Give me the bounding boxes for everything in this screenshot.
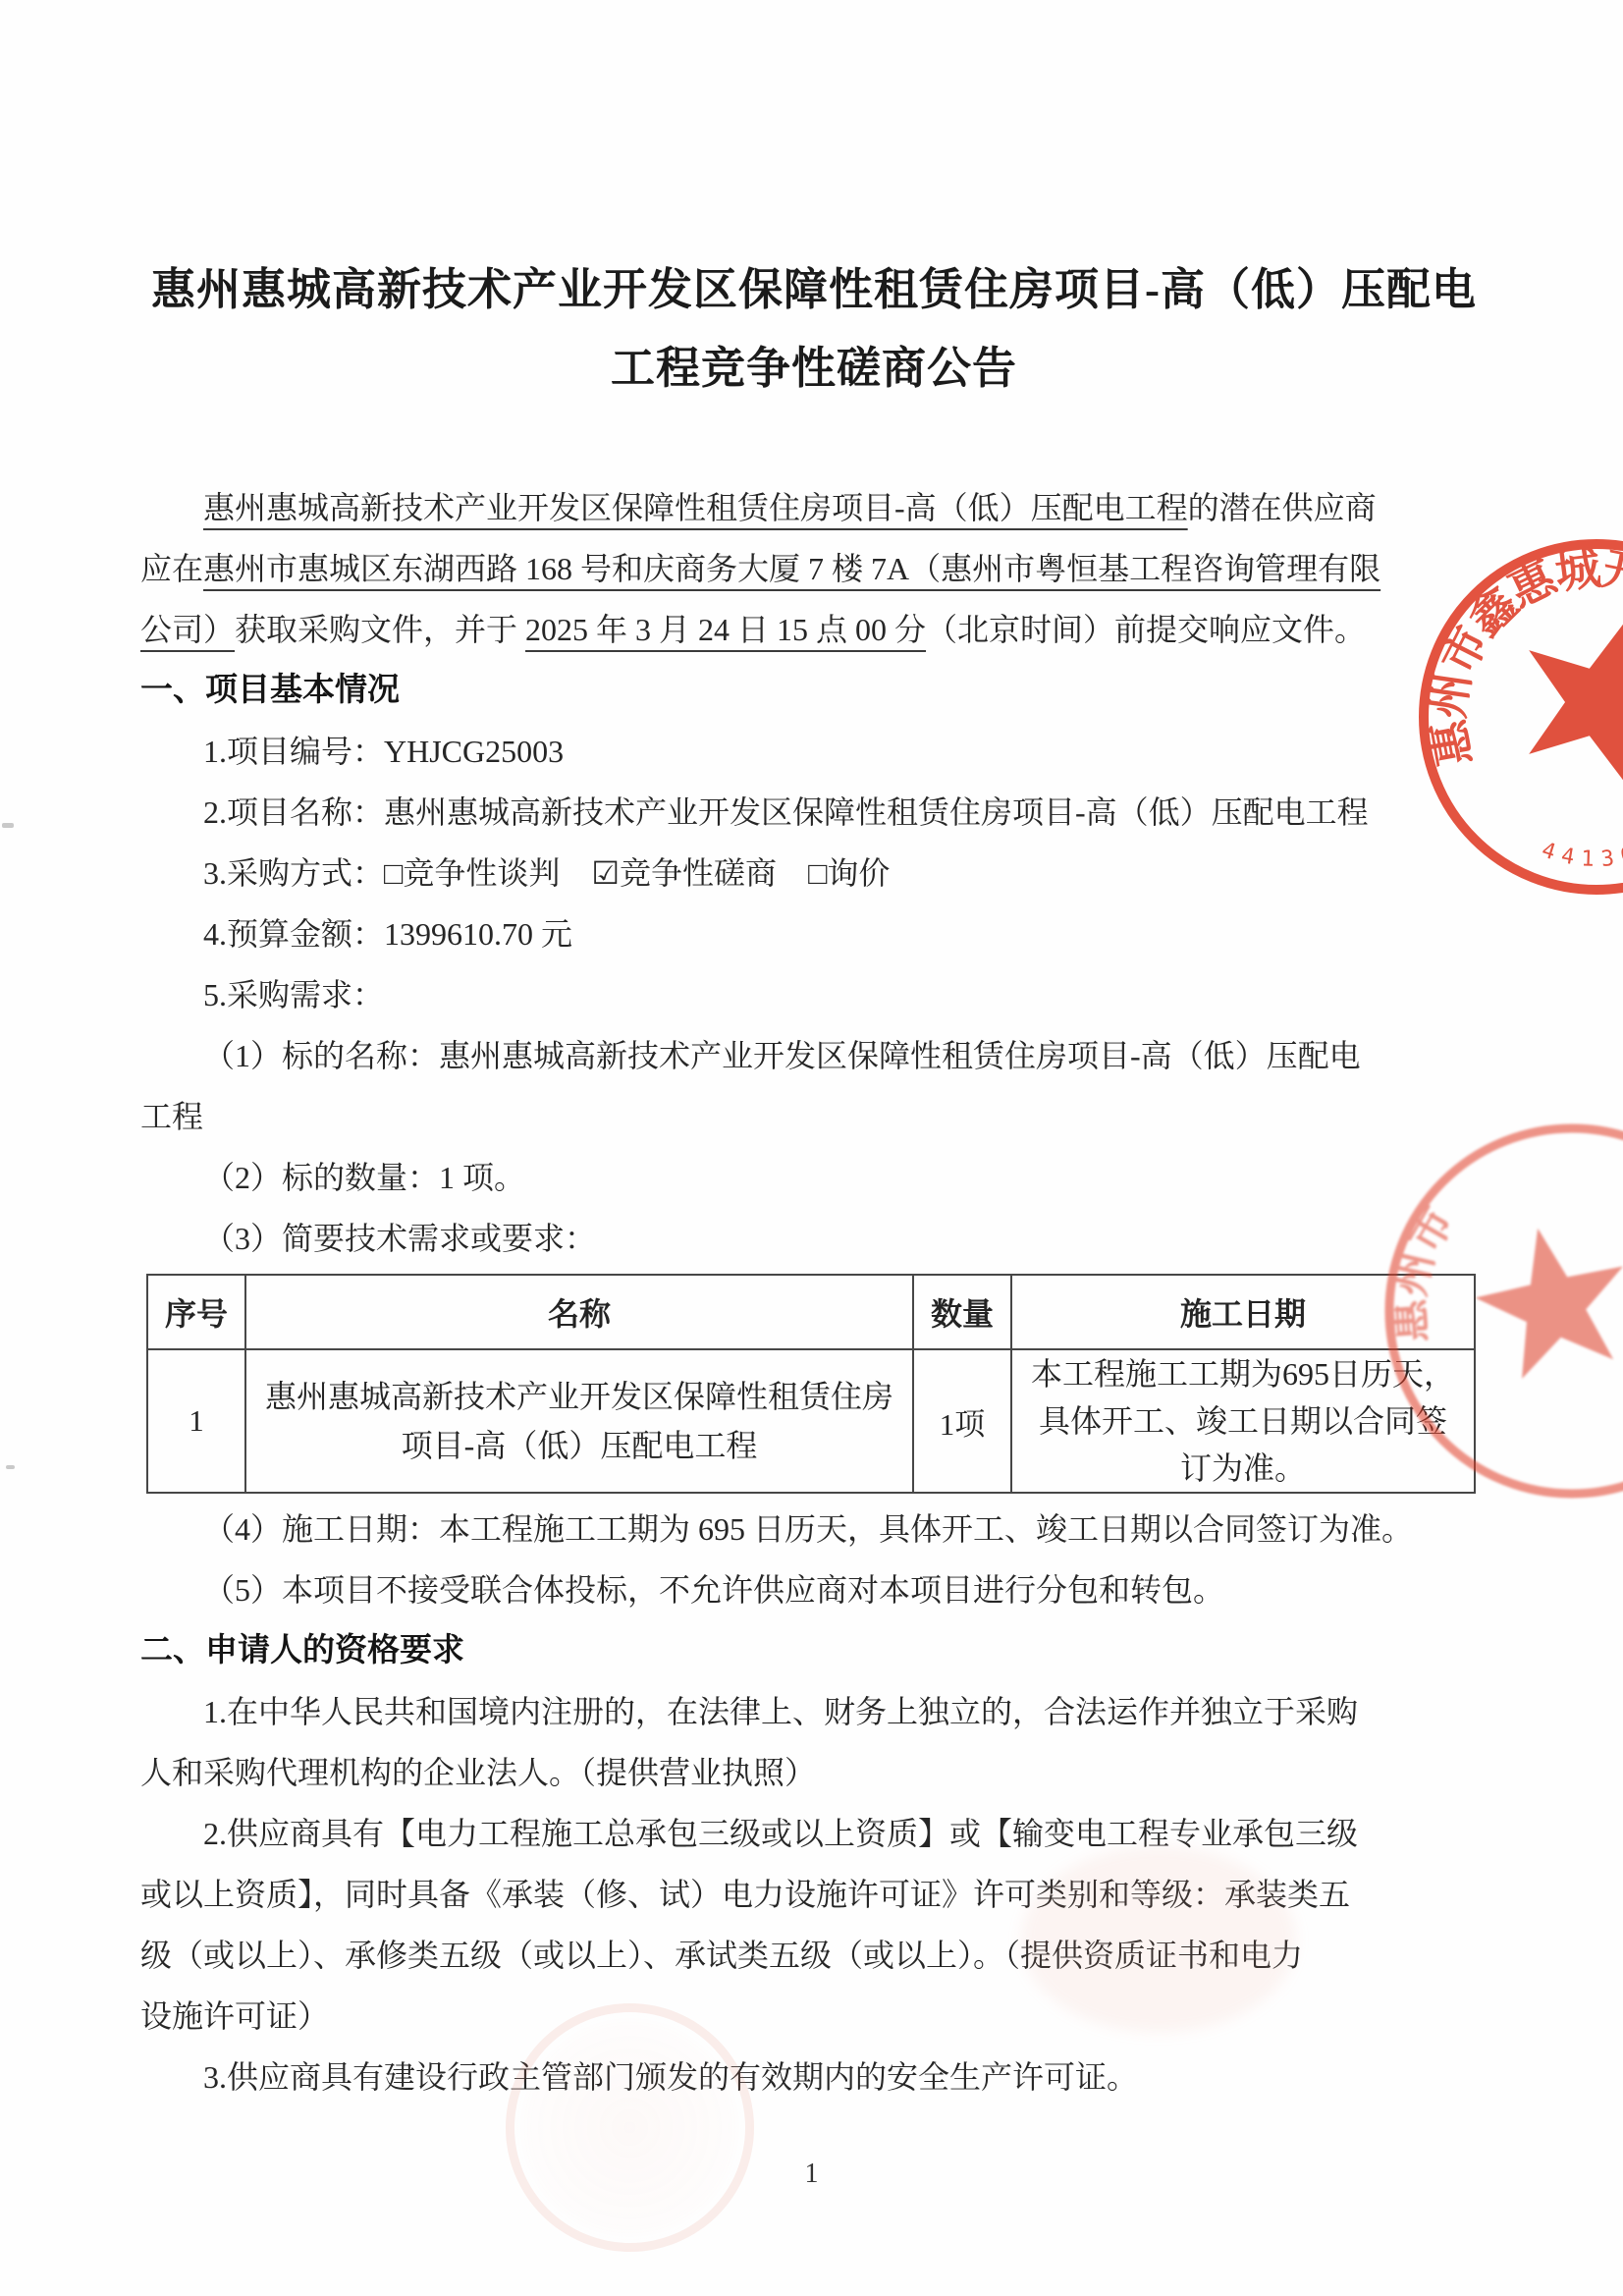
- qualification-2-line-3: 级（或以上）、承修类五级（或以上）、承试类五级（或以上）。（提供资质证书和电力: [140, 1925, 1488, 1986]
- procurement-method-item: 3.采购方式：□竞争性谈判☑竞争性磋商□询价: [140, 843, 1488, 903]
- intro-line-1-rest: 的潜在供应商: [1188, 490, 1377, 525]
- technical-requirements-item: （3）简要技术需求或要求：: [140, 1208, 1488, 1269]
- cell-construction-date: 本工程施工工期为695日历天，具体开工、竣工日期以合同签订为准。: [1011, 1349, 1475, 1493]
- page-number: 1: [0, 2159, 1623, 2190]
- document-title: 惠州惠城高新技术产业开发区保障性租赁住房项目-高（低）压配电 工程竞争性磋商公告: [140, 250, 1488, 408]
- intro-deadline: 2025 年 3 月 24 日 15 点 00 分: [525, 612, 926, 647]
- procurement-method-label: 3.采购方式：: [203, 855, 384, 891]
- seal-serial-number: 44130: [1539, 838, 1623, 872]
- intro-agency-name-end: 公司）: [140, 612, 235, 647]
- project-name-item: 2.项目名称：惠州惠城高新技术产业开发区保障性租赁住房项目-高（低）压配电工程: [140, 782, 1488, 843]
- qualification-2-line-2: 或以上资质】，同时具备《承装（修、试）电力设施许可证》许可类别和等级：承装类五: [140, 1864, 1488, 1925]
- cell-name: 惠州惠城高新技术产业开发区保障性租赁住房项目-高（低）压配电工程: [245, 1349, 913, 1493]
- intro-line-2-prefix: 应在: [140, 551, 203, 586]
- qualification-1-line-1: 1.在中华人民共和国境内注册的，在法律上、财务上独立的，合法运作并独立于采购: [140, 1681, 1488, 1742]
- intro-line-3-text-2: （北京时间）前提交响应文件。: [926, 612, 1366, 647]
- cell-quantity: 1项: [913, 1349, 1011, 1493]
- table-header-row: 序号 名称 数量 施工日期: [147, 1275, 1475, 1349]
- scanned-document-page: 惠州惠城高新技术产业开发区保障性租赁住房项目-高（低）压配电 工程竞争性磋商公告…: [0, 0, 1623, 2296]
- title-spacer: [140, 408, 1488, 477]
- title-line-2: 工程竞争性磋商公告: [140, 329, 1488, 408]
- checkbox-negotiation: □竞争性谈判: [384, 855, 560, 891]
- col-header-index: 序号: [147, 1275, 245, 1349]
- checkbox-inquiry: □询价: [808, 855, 890, 891]
- subject-name-line-1: （1）标的名称：惠州惠城高新技术产业开发区保障性租赁住房项目-高（低）压配电: [140, 1025, 1488, 1086]
- qualification-1-line-2: 人和采购代理机构的企业法人。（提供营业执照）: [140, 1742, 1488, 1803]
- no-consortium-item: （5）本项目不接受联合体投标，不允许供应商对本项目进行分包和转包。: [140, 1559, 1488, 1620]
- requirements-table: 序号 名称 数量 施工日期 1 惠州惠城高新技术产业开发区保障性租赁住房项目-高…: [146, 1274, 1476, 1494]
- col-header-quantity: 数量: [913, 1275, 1011, 1349]
- checkbox-consultation-checked: ☑竞争性磋商: [591, 855, 777, 891]
- qualification-3: 3.供应商具有建设行政主管部门颁发的有效期内的安全生产许可证。: [140, 2047, 1488, 2107]
- project-number-item: 1.项目编号：YHJCG25003: [140, 721, 1488, 782]
- intro-line-3-text-1: 获取采购文件，并于: [235, 612, 525, 647]
- intro-agency-address: 惠州市惠城区东湖西路 168 号和庆商务大厦 7 楼 7A（惠州市粤恒基工程咨询…: [203, 551, 1380, 586]
- budget-item: 4.预算金额：1399610.70 元: [140, 903, 1488, 964]
- intro-line-2: 应在惠州市惠城区东湖西路 168 号和庆商务大厦 7 楼 7A（惠州市粤恒基工程…: [140, 538, 1488, 599]
- intro-line-3: 公司）获取采购文件，并于 2025 年 3 月 24 日 15 点 00 分（北…: [140, 599, 1488, 660]
- svg-text:44130: 44130: [1539, 838, 1623, 872]
- qualification-2-line-4: 设施许可证）: [140, 1986, 1488, 2047]
- construction-date-item: （4）施工日期：本工程施工工期为 695 日历天，具体开工、竣工日期以合同签订为…: [140, 1499, 1488, 1559]
- seal-star-icon: [1464, 1213, 1623, 1385]
- col-header-name: 名称: [245, 1275, 913, 1349]
- subject-quantity-item: （2）标的数量：1 项。: [140, 1147, 1488, 1208]
- title-line-1: 惠州惠城高新技术产业开发区保障性租赁住房项目-高（低）压配电: [140, 250, 1488, 329]
- scan-artifact: [6, 1465, 15, 1469]
- procurement-needs-item: 5.采购需求：: [140, 964, 1488, 1025]
- subject-name-line-2: 工程: [140, 1086, 1488, 1147]
- section-2-heading: 二、申请人的资格要求: [140, 1620, 1488, 1681]
- col-header-construction-date: 施工日期: [1011, 1275, 1475, 1349]
- table-row: 1 惠州惠城高新技术产业开发区保障性租赁住房项目-高（低）压配电工程 1项 本工…: [147, 1349, 1475, 1493]
- intro-project-name: 惠州惠城高新技术产业开发区保障性租赁住房项目-高（低）压配电工程: [203, 490, 1188, 525]
- section-1-heading: 一、项目基本情况: [140, 660, 1488, 721]
- cell-index: 1: [147, 1349, 245, 1493]
- seal-star-icon: [1498, 592, 1623, 796]
- document-body: 惠州惠城高新技术产业开发区保障性租赁住房项目-高（低）压配电 工程竞争性磋商公告…: [140, 250, 1488, 2107]
- qualification-2-line-1: 2.供应商具有【电力工程施工总承包三级或以上资质】或【输变电工程专业承包三级: [140, 1803, 1488, 1864]
- scan-artifact: [2, 823, 14, 828]
- intro-line-1: 惠州惠城高新技术产业开发区保障性租赁住房项目-高（低）压配电工程的潜在供应商: [140, 477, 1488, 538]
